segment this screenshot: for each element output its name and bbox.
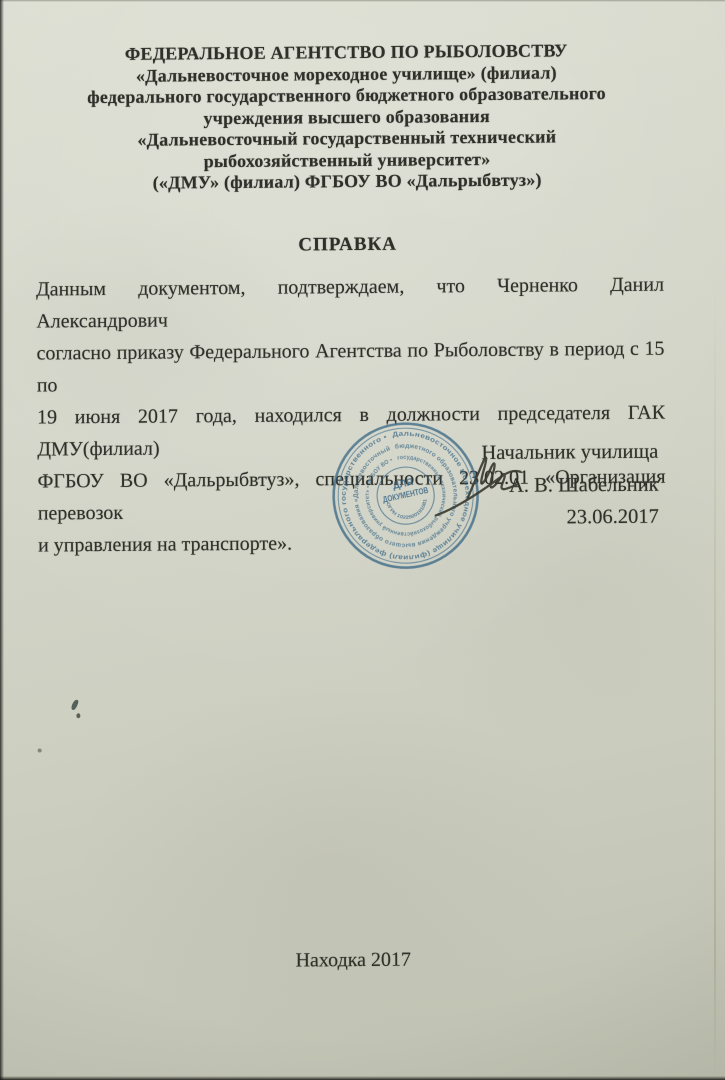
paper-speck	[38, 749, 42, 753]
signature-mark	[433, 451, 542, 520]
photo-edge-bottom	[0, 1076, 725, 1080]
body-line: согласно приказу Федерального Агентства …	[36, 333, 664, 402]
ink-smudge	[70, 699, 79, 711]
ink-smudge	[76, 713, 80, 718]
letterhead-line: («ДМУ» (филиал) ФГБОУ ВО «Дальрыбвтуз»)	[0, 168, 697, 195]
photo-edge-top	[0, 0, 725, 2]
document-photo: ФЕДЕРАЛЬНОЕ АГЕНТСТВО ПО РЫБОЛОВСТВУ «Да…	[0, 0, 725, 1080]
body-line: Данным документом, подтверждаем, что Чер…	[36, 269, 664, 338]
signature-underline-stroke	[435, 471, 520, 515]
signature-zigzag-stroke	[467, 457, 516, 498]
document-title: СПРАВКА	[0, 231, 698, 258]
photo-edge-left	[0, 0, 4, 1080]
certificate-sheet: ФЕДЕРАЛЬНОЕ АГЕНТСТВО ПО РЫБОЛОВСТВУ «Да…	[0, 0, 725, 1080]
footer-city-year: Находка 2017	[3, 946, 703, 974]
letterhead: ФЕДЕРАЛЬНОЕ АГЕНТСТВО ПО РЫБОЛОВСТВУ «Да…	[0, 39, 697, 195]
